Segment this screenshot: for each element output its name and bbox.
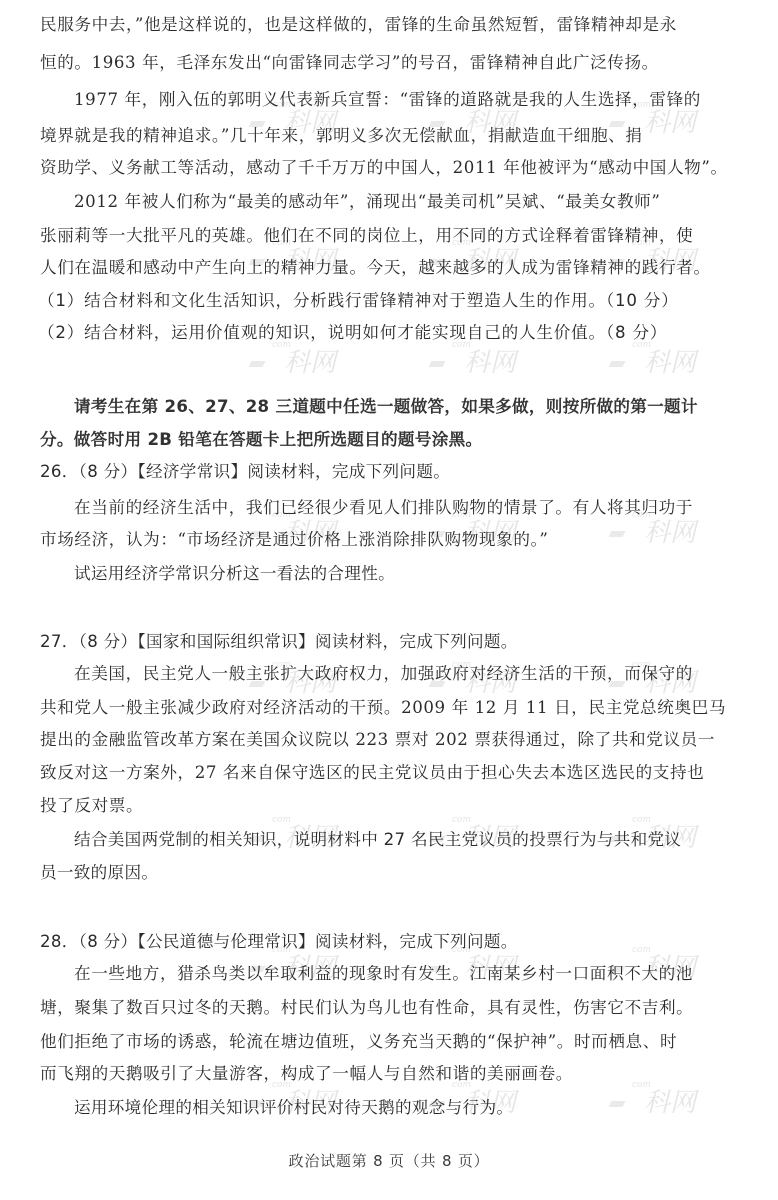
material-line: 资助学、义务献工等活动，感动了千千万万的中国人，2011 年他被评为“感动中国人… (40, 157, 750, 179)
question-header: 28．（8 分）【公民道德与伦理常识】阅读材料，完成下列问题。 (40, 931, 750, 953)
watermark: com科网 (610, 340, 696, 379)
sub-question-1: （1）结合材料和文化生活知识，分析践行雷锋精神对于塑造人生的作用。（10 分） (38, 290, 748, 312)
material-line: 市场经济，认为：“市场经济是通过价格上涨消除排队购物现象的。” (40, 529, 750, 551)
material-line: 在当前的经济生活中，我们已经很少看见人们排队购物的情景了。有人将其归功于 (74, 497, 750, 519)
material-line: 投了反对票。 (40, 795, 750, 817)
instruction-line: 分。做答时用 2B 铅笔在答题卡上把所选题目的题号涂黑。 (40, 429, 750, 451)
material-line: 在一些地方，猎杀鸟类以牟取利益的现象时有发生。江南某乡村一口面积不大的池 (74, 963, 750, 985)
material-line: 共和党人一般主张减少政府对经济活动的干预。2009 年 12 月 11 日，民主… (40, 697, 750, 719)
sub-question-2: （2）结合材料，运用价值观的知识，说明如何才能实现自己的人生价值。（8 分） (38, 322, 748, 344)
question-prompt: 试运用经济学常识分析这一看法的合理性。 (74, 563, 750, 585)
material-line: 2012 年被人们称为“最美的感动年”，涌现出“最美司机”吴斌、“最美女教师” (74, 191, 750, 213)
watermark: com科网 (250, 340, 336, 379)
material-line: 塘，聚集了数百只过冬的天鹅。村民们认为鸟儿也有性命，具有灵性，伤害它不吉利。 (40, 997, 750, 1019)
material-line: 提出的金融监管改革方案在美国众议院以 223 票对 202 票获得通过，除了共和… (40, 729, 750, 751)
question-prompt: 运用环境伦理的相关知识评价村民对待天鹅的观念与行为。 (74, 1097, 750, 1119)
question-prompt: 结合美国两党制的相关知识，说明材料中 27 名民主党议员的投票行为与共和党议 (74, 829, 750, 851)
graduation-cap-icon (249, 361, 266, 367)
material-line: 而飞翔的天鹅吸引了大量游客，构成了一幅人与自然和谐的美丽画卷。 (40, 1063, 750, 1085)
question-header: 26．（8 分）【经济学常识】阅读材料，完成下列问题。 (40, 461, 750, 483)
exam-page: com科网 com科网 com科网 com科网 com科网 com科网 com科… (0, 0, 778, 1200)
watermark: com科网 (430, 340, 516, 379)
graduation-cap-icon (609, 361, 626, 367)
instruction-line: 请考生在第 26、27、28 三道题中任选一题做答，如果多做，则按所做的第一题计 (74, 396, 750, 418)
material-line: 境界就是我的精神追求。”几十年来，郭明义多次无偿献血，捐献造血干细胞、捐 (40, 125, 750, 147)
material-line: 1977 年，刚入伍的郭明义代表新兵宣誓：“雷锋的道路就是我的人生选择，雷锋的 (74, 89, 750, 111)
material-line: 人们在温暖和感动中产生向上的精神力量。今天，越来越多的人成为雷锋精神的践行者。 (40, 257, 750, 279)
material-line: 致反对这一方案外，27 名来自保守选区的民主党议员由于担心失去本选区选民的支持也 (40, 762, 750, 784)
material-line: 民服务中去，”他是这样说的，也是这样做的，雷锋的生命虽然短暂，雷锋精神却是永 (40, 14, 750, 36)
question-header: 27．（8 分）【国家和国际组织常识】阅读材料，完成下列问题。 (40, 631, 750, 653)
material-line: 他们拒绝了市场的诱惑，轮流在塘边值班，义务充当天鹅的“保护神”。时而栖息、时 (40, 1031, 750, 1053)
graduation-cap-icon (429, 361, 446, 367)
material-line: 张丽莉等一大批平凡的英雄。他们在不同的岗位上，用不同的方式诠释着雷锋精神，使 (40, 225, 750, 247)
material-line: 恒的。1963 年，毛泽东发出“向雷锋同志学习”的号召，雷锋精神自此广泛传扬。 (40, 52, 750, 74)
page-footer: 政治试题第 8 页（共 8 页） (0, 1150, 778, 1171)
question-prompt: 员一致的原因。 (40, 862, 750, 884)
material-line: 在美国，民主党人一般主张扩大政府权力，加强政府对经济生活的干预，而保守的 (74, 663, 750, 685)
